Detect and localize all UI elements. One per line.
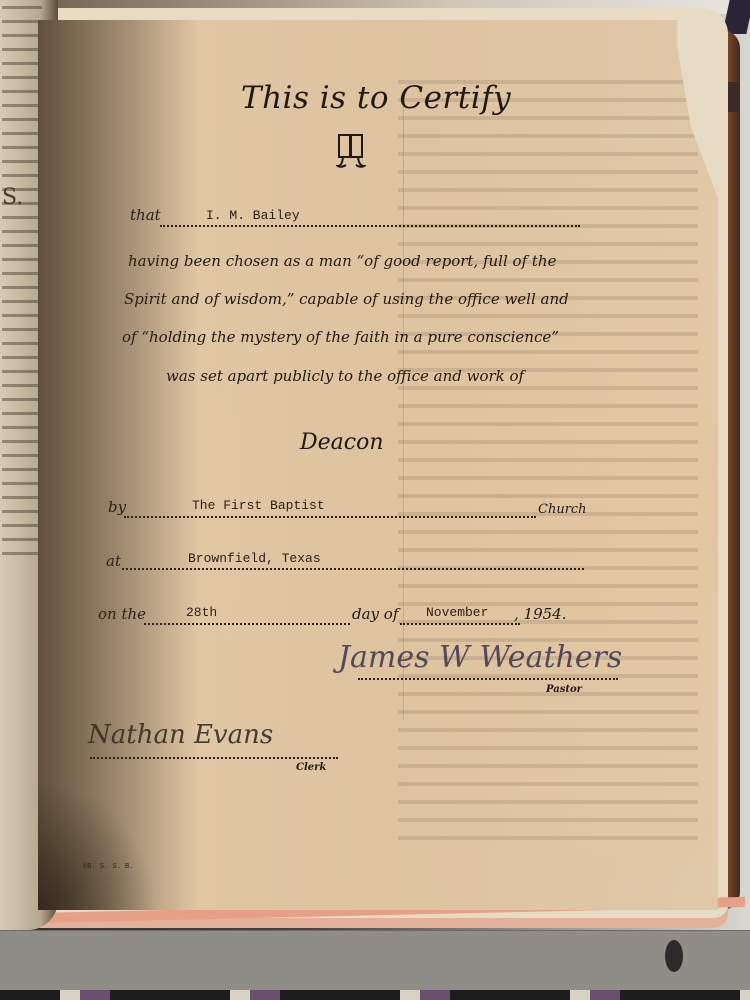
shelf-hole	[665, 940, 683, 972]
body-line-3: of “holding the mystery of the faith in …	[122, 328, 559, 346]
body-line-1: having been chosen as a man “of good rep…	[128, 252, 556, 270]
church-dotted-line	[124, 516, 536, 518]
month-dotted-line	[400, 623, 520, 625]
year-value: , 1954.	[514, 605, 566, 623]
hand-shadow	[38, 20, 198, 910]
day-dotted-line	[144, 623, 350, 625]
open-book-icon	[336, 132, 366, 172]
on-the-label: on the	[98, 605, 146, 623]
office-title: Deacon	[300, 430, 384, 455]
recipient-name: I. M. Bailey	[206, 208, 300, 223]
show-through-text	[398, 80, 698, 840]
left-page-letter: S.	[2, 185, 23, 210]
name-dotted-line	[160, 225, 580, 227]
fabric-strip	[0, 990, 750, 1000]
certificate-title: This is to Certify	[226, 80, 526, 116]
clerk-signature-line	[90, 757, 338, 759]
by-label: by	[108, 498, 126, 516]
show-through-column-rule	[403, 100, 404, 720]
month-value: November	[426, 605, 488, 620]
shelf	[0, 930, 750, 991]
church-suffix: Church	[538, 502, 587, 517]
left-page-text	[2, 6, 42, 566]
pastor-signature: James W Weathers	[338, 640, 622, 675]
day-of-label: day of	[352, 605, 398, 623]
hand-shadow-bottom	[38, 780, 158, 910]
location: Brownfield, Texas	[188, 551, 321, 566]
church-name: The First Baptist	[192, 498, 325, 513]
body-line-4: was set apart publicly to the office and…	[166, 367, 524, 385]
location-dotted-line	[122, 568, 584, 570]
clerk-label: Clerk	[296, 762, 326, 773]
pastor-label: Pastor	[546, 684, 582, 695]
pastor-signature-line	[358, 678, 618, 680]
day-value: 28th	[186, 605, 217, 620]
deacon-certificate: This is to Certify that I. M. Bailey hav…	[38, 20, 718, 910]
that-label: that	[130, 206, 161, 224]
body-line-2: Spirit and of wisdom,” capable of using …	[124, 290, 569, 308]
at-label: at	[106, 552, 121, 570]
clerk-signature: Nathan Evans	[88, 720, 273, 750]
